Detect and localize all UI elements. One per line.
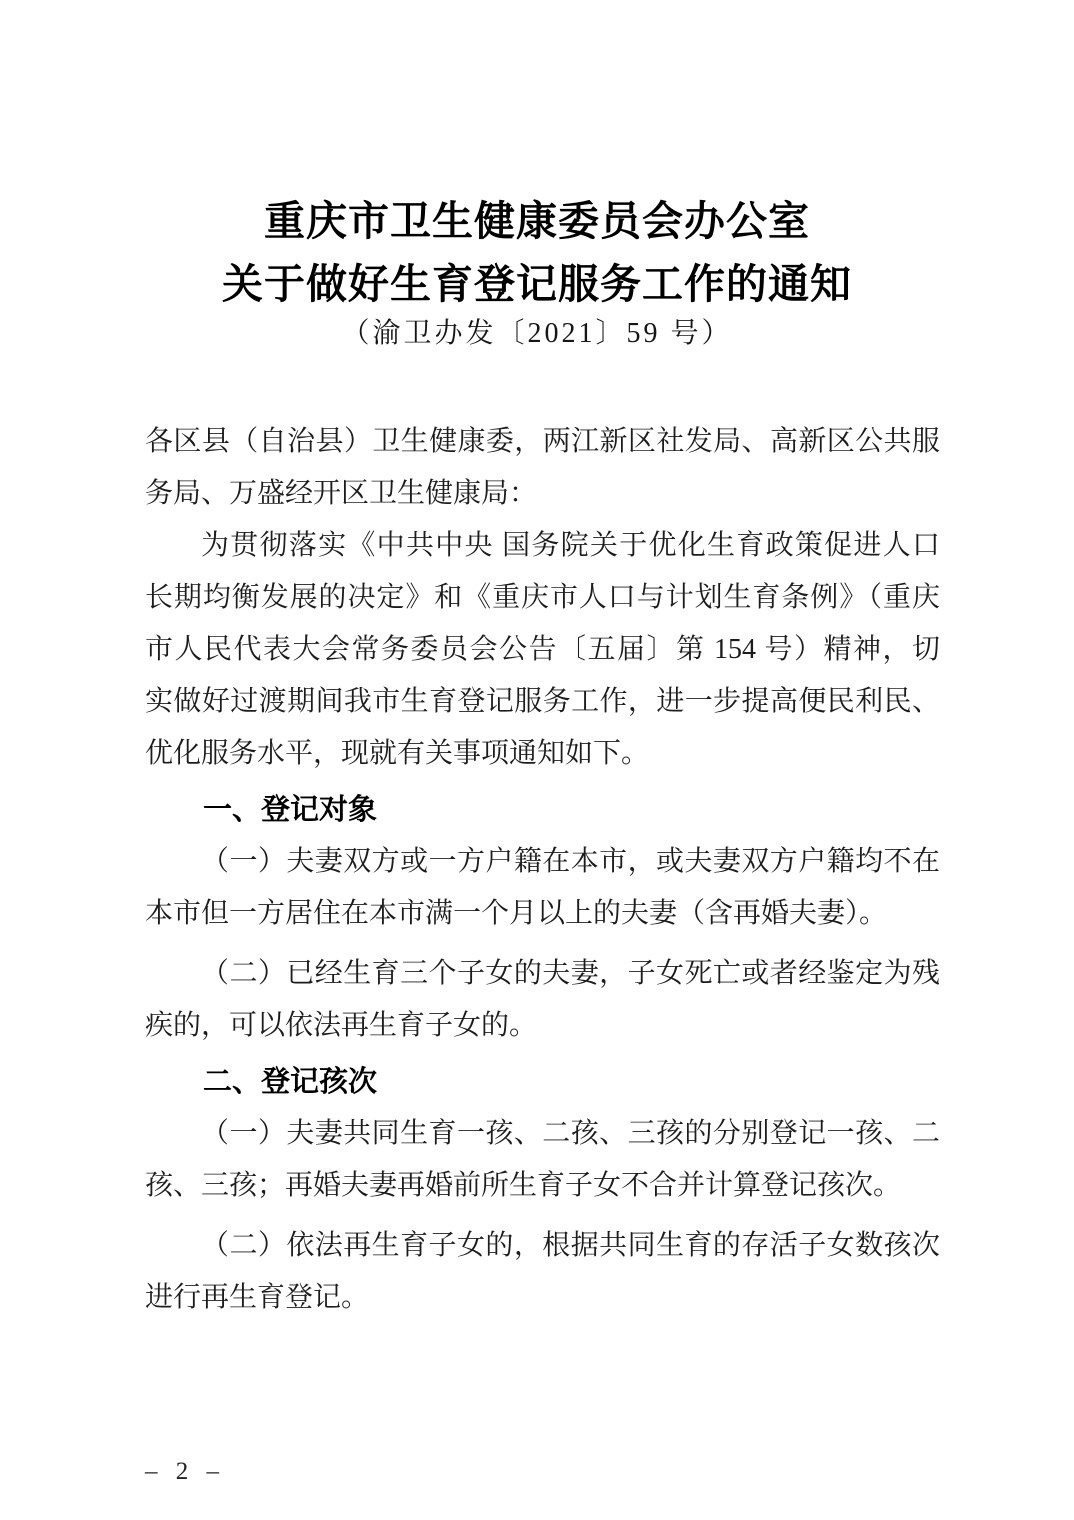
text-line: （一）夫妻共同生育一孩、二孩、三孩的分别登记一孩、二 xyxy=(145,1108,940,1160)
text-line: 本市但一方居住在本市满一个月以上的夫妻（含再婚夫妻）。 xyxy=(145,888,940,940)
text-line: 疾的，可以依法再生育子女的。 xyxy=(145,1000,940,1052)
document-body: 各区县（自治县）卫生健康委，两江新区社发局、高新区公共服务局、万盛经开区卫生健康… xyxy=(145,416,940,1324)
paragraph: （一）夫妻共同生育一孩、二孩、三孩的分别登记一孩、二孩、三孩；再婚夫妻再婚前所生… xyxy=(145,1108,940,1212)
text-line: 市人民代表大会常务委员会公告〔五届〕第 154 号）精神，切 xyxy=(145,624,940,676)
text-line: 长期均衡发展的决定》和《重庆市人口与计划生育条例》（重庆 xyxy=(145,572,940,624)
document-page: 重庆市卫生健康委员会办公室 关于做好生育登记服务工作的通知 （渝卫办发〔2021… xyxy=(0,0,1074,1520)
paragraph: （二）依法再生育子女的，根据共同生育的存活子女数孩次进行再生育登记。 xyxy=(145,1220,940,1324)
text-line: （二）已经生育三个子女的夫妻，子女死亡或者经鉴定为残 xyxy=(145,948,940,1000)
paragraph: 各区县（自治县）卫生健康委，两江新区社发局、高新区公共服务局、万盛经开区卫生健康… xyxy=(145,416,940,520)
page-footer: – 2 – xyxy=(145,1458,225,1486)
page-number: – 2 – xyxy=(145,1458,225,1485)
text-line: 进行再生育登记。 xyxy=(145,1272,940,1324)
section-heading: 一、登记对象 xyxy=(145,784,940,836)
text-line: 为贯彻落实《中共中央 国务院关于优化生育政策促进人口 xyxy=(145,520,940,572)
text-line: 孩、三孩；再婚夫妻再婚前所生育子女不合并计算登记孩次。 xyxy=(145,1160,940,1212)
text-line: （二）依法再生育子女的，根据共同生育的存活子女数孩次 xyxy=(145,1220,940,1272)
text-line: （一）夫妻双方或一方户籍在本市，或夫妻双方户籍均不在 xyxy=(145,836,940,888)
section-heading: 二、登记孩次 xyxy=(145,1056,940,1108)
paragraph: 为贯彻落实《中共中央 国务院关于优化生育政策促进人口长期均衡发展的决定》和《重庆… xyxy=(145,520,940,780)
paragraph: （一）夫妻双方或一方户籍在本市，或夫妻双方户籍均不在本市但一方居住在本市满一个月… xyxy=(145,836,940,940)
text-line: 实做好过渡期间我市生育登记服务工作，进一步提高便民利民、 xyxy=(145,676,940,728)
text-line: 各区县（自治县）卫生健康委，两江新区社发局、高新区公共服 xyxy=(145,416,940,468)
document-title-line-1: 重庆市卫生健康委员会办公室 xyxy=(0,190,1074,253)
document-title-line-2: 关于做好生育登记服务工作的通知 xyxy=(0,253,1074,316)
text-line: 务局、万盛经开区卫生健康局： xyxy=(145,468,940,520)
document-title-block: 重庆市卫生健康委员会办公室 关于做好生育登记服务工作的通知 （渝卫办发〔2021… xyxy=(0,0,1074,352)
paragraph: （二）已经生育三个子女的夫妻，子女死亡或者经鉴定为残疾的，可以依法再生育子女的。 xyxy=(145,948,940,1052)
text-line: 优化服务水平，现就有关事项通知如下。 xyxy=(145,728,940,780)
document-number: （渝卫办发〔2021〕59 号） xyxy=(0,316,1074,352)
